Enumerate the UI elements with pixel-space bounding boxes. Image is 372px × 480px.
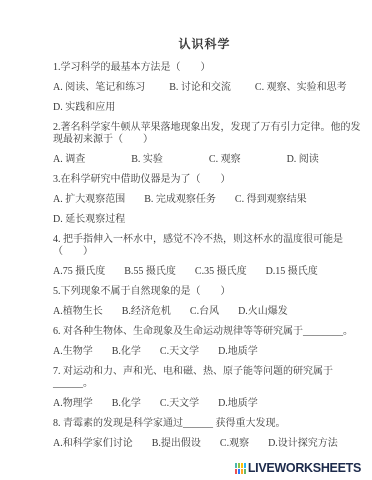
- option-b[interactable]: B.经济危机: [122, 306, 171, 318]
- options-row: A. 调查B. 实验C. 观察D. 阅读: [53, 154, 356, 166]
- question-text: 6. 对各种生物体、生命现象及生命运动规律等等研究属于________。: [53, 326, 356, 338]
- question-text-line: 2.著名科学家牛顿从苹果落地现象出发，发现了万有引力定律。他的发: [53, 122, 356, 134]
- question-text: 1.学习科学的最基本方法是（ ）: [53, 62, 356, 74]
- option-c[interactable]: C.35 摄氏度: [195, 266, 247, 278]
- option-a[interactable]: A.植物生长: [53, 306, 103, 318]
- question-8: 8. 青霉素的发现是科学家通过______ 获得重大发现。A.和科学家们讨论B.…: [53, 418, 356, 450]
- option-b[interactable]: B.提出假设: [152, 438, 201, 450]
- logo-pixel: [241, 463, 243, 468]
- options-row: D. 延长观察过程: [53, 214, 356, 226]
- question-text-line: 7. 对运动和力、声和光、电和磁、热、原子能等问题的研究属于: [53, 366, 356, 378]
- liveworksheets-logo[interactable]: LIVEWORKSHEETS: [235, 462, 361, 474]
- option-c[interactable]: C. 观察: [209, 154, 241, 166]
- question-text: 7. 对运动和力、声和光、电和磁、热、原子能等问题的研究属于______。: [53, 366, 356, 390]
- question-5: 5.下列现象不属于自然现象的是（ ）A.植物生长B.经济危机C.台风D.火山爆发: [53, 286, 356, 318]
- option-b[interactable]: B. 讨论和交流: [169, 82, 231, 94]
- worksheet-page: 认识科学 1.学习科学的最基本方法是（ ）A. 阅读、笔记和练习B. 讨论和交流…: [0, 0, 372, 480]
- option-d[interactable]: D.地质学: [218, 398, 258, 410]
- options-row: A.生物学B.化学C.天文学D.地质学: [53, 346, 356, 358]
- option-d[interactable]: D. 阅读: [287, 154, 319, 166]
- options-row: A.植物生长B.经济危机C.台风D.火山爆发: [53, 306, 356, 318]
- option-b[interactable]: B. 完成观察任务: [144, 194, 216, 206]
- options-row: A.和科学家们讨论B.提出假设C.观察D.设计探究方法: [53, 438, 356, 450]
- question-7: 7. 对运动和力、声和光、电和磁、热、原子能等问题的研究属于______。A.物…: [53, 366, 356, 410]
- options-row: A. 阅读、笔记和练习B. 讨论和交流C. 观察、实验和思考: [53, 82, 356, 94]
- option-d[interactable]: D. 实践和应用: [53, 102, 115, 114]
- logo-pixel: [235, 469, 237, 474]
- option-d[interactable]: D.15 摄氏度: [266, 266, 318, 278]
- question-text-line: （ ）: [53, 246, 356, 258]
- option-a[interactable]: A.75 摄氏度: [53, 266, 105, 278]
- question-text: 8. 青霉素的发现是科学家通过______ 获得重大发现。: [53, 418, 356, 430]
- question-1: 1.学习科学的最基本方法是（ ）A. 阅读、笔记和练习B. 讨论和交流C. 观察…: [53, 62, 356, 114]
- option-a[interactable]: A. 阅读、笔记和练习: [53, 82, 145, 94]
- question-4: 4. 把手指伸入一杯水中，感觉不冷不热，则这杯水的温度很可能是（ ）A.75 摄…: [53, 234, 356, 278]
- option-c[interactable]: C.观察: [220, 438, 249, 450]
- logo-pixel: [244, 469, 246, 474]
- option-b[interactable]: B.化学: [112, 398, 141, 410]
- option-c[interactable]: C.天文学: [160, 346, 199, 358]
- option-a[interactable]: A. 调查: [53, 154, 85, 166]
- question-text: 2.著名科学家牛顿从苹果落地现象出发，发现了万有引力定律。他的发现最初来源于（ …: [53, 122, 356, 146]
- option-c[interactable]: C.台风: [190, 306, 219, 318]
- option-c[interactable]: C. 得到观察结果: [235, 194, 307, 206]
- option-c[interactable]: C. 观察、实验和思考: [255, 82, 347, 94]
- question-text-line: 3.在科学研究中借助仪器是为了（ ）: [53, 174, 356, 186]
- question-text-line: 5.下列现象不属于自然现象的是（ ）: [53, 286, 356, 298]
- question-text-line: 4. 把手指伸入一杯水中，感觉不冷不热，则这杯水的温度很可能是: [53, 234, 356, 246]
- question-list: 1.学习科学的最基本方法是（ ）A. 阅读、笔记和练习B. 讨论和交流C. 观察…: [53, 62, 356, 450]
- option-c[interactable]: C.天文学: [160, 398, 199, 410]
- options-row: A.物理学B.化学C.天文学D.地质学: [53, 398, 356, 410]
- question-6: 6. 对各种生物体、生命现象及生命运动规律等等研究属于________。A.生物…: [53, 326, 356, 358]
- option-d[interactable]: D.火山爆发: [238, 306, 288, 318]
- liveworksheets-grid-icon: [235, 463, 246, 474]
- page-title: 认识科学: [53, 38, 356, 50]
- option-d[interactable]: D.设计探究方法: [268, 438, 338, 450]
- option-d[interactable]: D. 延长观察过程: [53, 214, 125, 226]
- option-b[interactable]: B. 实验: [131, 154, 163, 166]
- option-a[interactable]: A.生物学: [53, 346, 93, 358]
- question-3: 3.在科学研究中借助仪器是为了（ ）A. 扩大观察范围B. 完成观察任务C. 得…: [53, 174, 356, 226]
- liveworksheets-brand-text: LIVEWORKSHEETS: [248, 462, 361, 474]
- option-b[interactable]: B.55 摄氏度: [124, 266, 176, 278]
- question-text: 4. 把手指伸入一杯水中，感觉不冷不热，则这杯水的温度很可能是（ ）: [53, 234, 356, 258]
- question-text-line: 现最初来源于（ ）: [53, 134, 356, 146]
- options-row: A. 扩大观察范围B. 完成观察任务C. 得到观察结果: [53, 194, 356, 206]
- options-row: D. 实践和应用: [53, 102, 356, 114]
- logo-pixel: [241, 469, 243, 474]
- option-d[interactable]: D.地质学: [218, 346, 258, 358]
- question-text-line: 6. 对各种生物体、生命现象及生命运动规律等等研究属于________。: [53, 326, 356, 338]
- options-row: A.75 摄氏度B.55 摄氏度C.35 摄氏度D.15 摄氏度: [53, 266, 356, 278]
- question-text: 5.下列现象不属于自然现象的是（ ）: [53, 286, 356, 298]
- question-text-line: 1.学习科学的最基本方法是（ ）: [53, 62, 356, 74]
- option-b[interactable]: B.化学: [112, 346, 141, 358]
- logo-pixel: [235, 463, 237, 468]
- option-a[interactable]: A. 扩大观察范围: [53, 194, 125, 206]
- logo-pixel: [238, 463, 240, 468]
- option-a[interactable]: A.和科学家们讨论: [53, 438, 133, 450]
- question-text-line: 8. 青霉素的发现是科学家通过______ 获得重大发现。: [53, 418, 356, 430]
- question-text: 3.在科学研究中借助仪器是为了（ ）: [53, 174, 356, 186]
- logo-pixel: [238, 469, 240, 474]
- logo-pixel: [244, 463, 246, 468]
- question-text-line: ______。: [53, 378, 356, 390]
- question-2: 2.著名科学家牛顿从苹果落地现象出发，发现了万有引力定律。他的发现最初来源于（ …: [53, 122, 356, 166]
- option-a[interactable]: A.物理学: [53, 398, 93, 410]
